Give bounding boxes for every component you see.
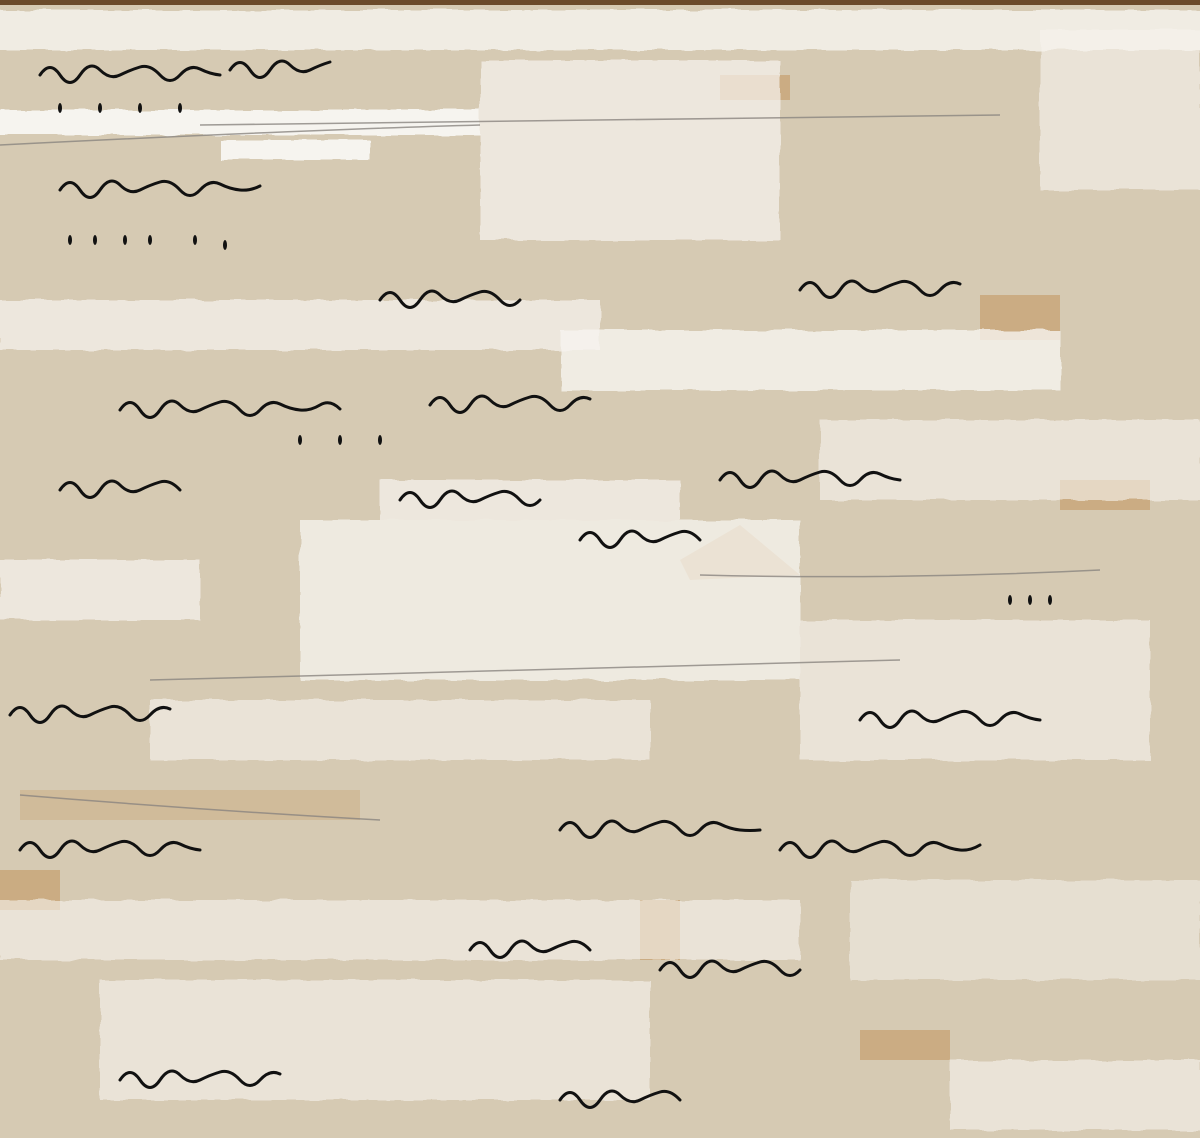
artwork-strokes: [0, 0, 1200, 1138]
white-strokes: [0, 10, 1200, 1130]
artwork-canvas: [0, 0, 1200, 1138]
